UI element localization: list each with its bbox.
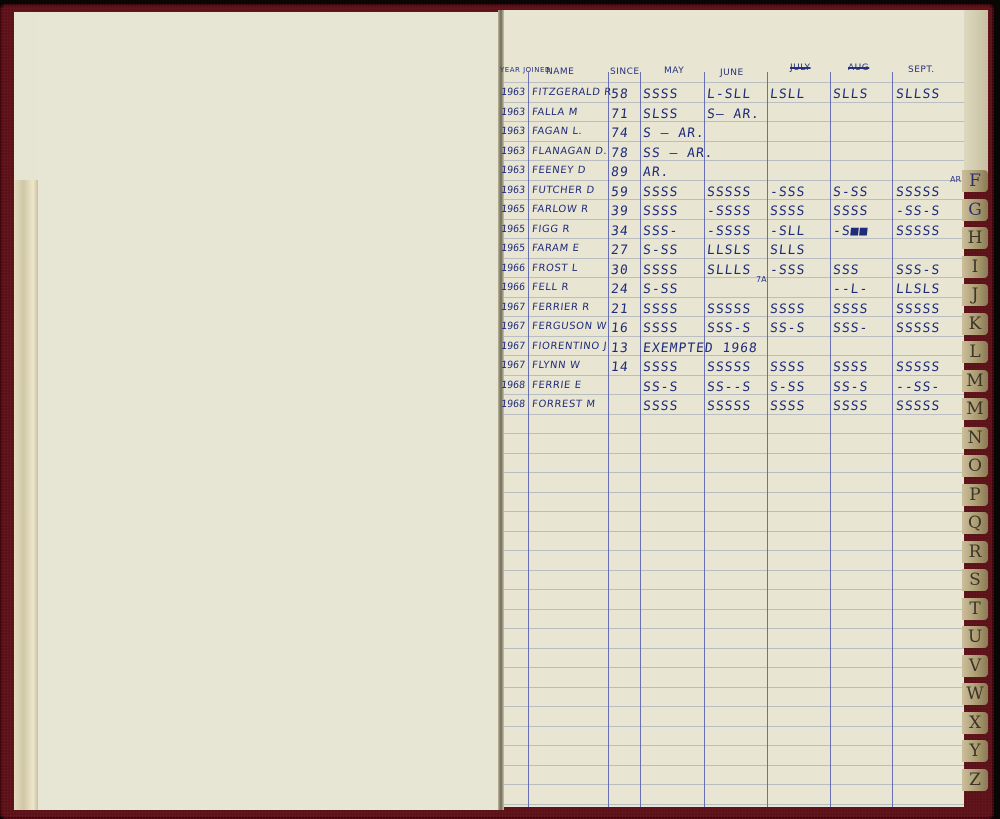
cell-name: FROST L bbox=[531, 263, 578, 274]
cell-june: LLSLS bbox=[706, 243, 752, 258]
index-tab-m[interactable]: M bbox=[962, 370, 988, 392]
ruled-line bbox=[504, 258, 964, 259]
cell-sept: SSSSS bbox=[895, 185, 941, 200]
column-divider bbox=[640, 72, 641, 807]
ruled-line bbox=[504, 784, 964, 785]
cell-year: 1963 bbox=[500, 87, 525, 98]
cell-july: -SLL bbox=[769, 224, 806, 239]
cell-since: 21 bbox=[610, 302, 629, 317]
cell-name: FARAM E bbox=[531, 243, 580, 254]
ruled-line bbox=[504, 550, 964, 551]
cell-since: 78 bbox=[610, 146, 629, 161]
cell-july: SSSS bbox=[769, 204, 806, 219]
cell-sept: SSSSS bbox=[895, 321, 941, 336]
ruled-line bbox=[504, 609, 964, 610]
cell-june: SSSSS bbox=[706, 302, 752, 317]
cell-sept: SSSSS bbox=[895, 399, 941, 414]
cell-june: -SSSS bbox=[706, 224, 752, 239]
cell-may: AR. bbox=[642, 165, 670, 180]
index-tab-u[interactable]: U bbox=[962, 626, 988, 648]
cell-year: 1963 bbox=[500, 126, 525, 137]
index-tab-t[interactable]: T bbox=[962, 598, 988, 620]
ruled-line bbox=[504, 706, 964, 707]
cell-since: 58 bbox=[610, 87, 629, 102]
ruled-line bbox=[504, 160, 964, 161]
cell-since: 39 bbox=[610, 204, 629, 219]
ruled-line bbox=[504, 804, 964, 805]
cell-since: 59 bbox=[610, 185, 629, 200]
cell-sept: SSSSS bbox=[895, 224, 941, 239]
ruled-line bbox=[504, 531, 964, 532]
cell-since: 14 bbox=[610, 360, 629, 375]
index-tab-p[interactable]: P bbox=[962, 484, 988, 506]
cell-july: -SSS bbox=[769, 263, 806, 278]
cell-name: FITZGERALD R bbox=[531, 87, 612, 98]
cell-may: SSSS bbox=[642, 185, 679, 200]
cell-name: FLANAGAN D. bbox=[531, 146, 607, 157]
header-may: MAY bbox=[664, 66, 684, 76]
index-tab-z[interactable]: Z bbox=[962, 769, 988, 791]
ruled-line bbox=[504, 375, 964, 376]
cell-june: SSSSS bbox=[706, 399, 752, 414]
cell-name: FIGG R bbox=[531, 224, 570, 235]
cell-name: FORREST M bbox=[531, 399, 596, 410]
header-july-struck: JULY bbox=[790, 63, 811, 73]
cell-since: 74 bbox=[610, 126, 629, 141]
cell-sept: --SS- bbox=[895, 380, 941, 395]
index-tab-y[interactable]: Y bbox=[962, 740, 988, 762]
cell-june: SLLLS bbox=[706, 263, 752, 278]
cell-aug: --L- bbox=[832, 282, 869, 297]
index-tab-g[interactable]: G bbox=[962, 199, 988, 221]
cell-year: 1963 bbox=[500, 185, 525, 196]
cell-aug: SSSS bbox=[832, 204, 869, 219]
cell-may: SS-S bbox=[642, 380, 679, 395]
cell-july: -SSS bbox=[769, 185, 806, 200]
cell-name: FAGAN L. bbox=[531, 126, 582, 137]
cell-july: SSSS bbox=[769, 360, 806, 375]
cell-aug: S-SS bbox=[832, 185, 869, 200]
cell-sept: SSS-S bbox=[895, 263, 941, 278]
cell-name: FEENEY D bbox=[531, 165, 586, 176]
cell-may: SSSS bbox=[642, 302, 679, 317]
ruled-line bbox=[504, 82, 964, 83]
cell-since: 16 bbox=[610, 321, 629, 336]
cell-june: SS--S bbox=[706, 380, 752, 395]
cell-june: S— AR. bbox=[706, 107, 761, 122]
column-divider bbox=[892, 72, 893, 807]
ruled-line bbox=[504, 180, 964, 181]
cell-june: L-SLL bbox=[706, 87, 752, 102]
cell-since: 13 bbox=[610, 341, 629, 356]
index-tab-k[interactable]: K bbox=[962, 313, 988, 335]
index-tab-q[interactable]: Q bbox=[962, 512, 988, 534]
header-june: JUNE bbox=[720, 68, 744, 78]
cell-sept: -SS-S bbox=[895, 204, 941, 219]
cell-since: 34 bbox=[610, 224, 629, 239]
cell-sept: SSSSS bbox=[895, 302, 941, 317]
cell-july: SSSS bbox=[769, 302, 806, 317]
ruled-line bbox=[504, 648, 964, 649]
cell-since: 24 bbox=[610, 282, 629, 297]
right-page-edge bbox=[964, 10, 988, 175]
cell-year: 1967 bbox=[500, 360, 525, 371]
cell-may: SSSS bbox=[642, 263, 679, 278]
index-tab-x[interactable]: X bbox=[962, 712, 988, 734]
left-page-ruled-area bbox=[38, 12, 500, 810]
cell-may: S — AR. bbox=[642, 126, 705, 141]
left-page-edges bbox=[14, 180, 38, 810]
index-tab-f[interactable]: F bbox=[962, 170, 988, 192]
cell-may: SLSS bbox=[642, 107, 679, 122]
cell-aug: SSS- bbox=[832, 321, 869, 336]
index-tab-h[interactable]: H bbox=[962, 227, 988, 249]
index-tab-j[interactable]: J bbox=[962, 284, 988, 306]
cell-year: 1968 bbox=[500, 380, 525, 391]
cell-year: 1967 bbox=[500, 321, 525, 332]
cell-may: SSSS bbox=[642, 399, 679, 414]
index-tab-o[interactable]: O bbox=[962, 455, 988, 477]
ruled-line bbox=[504, 628, 964, 629]
cell-year: 1967 bbox=[500, 341, 525, 352]
ruled-line bbox=[504, 745, 964, 746]
cell-june: SSSSS bbox=[706, 185, 752, 200]
index-tab-r[interactable]: R bbox=[962, 541, 988, 563]
ruled-line bbox=[504, 433, 964, 434]
index-tab-w[interactable]: W bbox=[962, 683, 988, 705]
cell-name: FERRIE E bbox=[531, 380, 582, 391]
ruled-line bbox=[504, 453, 964, 454]
cell-aug: -S■■ bbox=[832, 224, 869, 239]
cell-june: SSS-S bbox=[706, 321, 752, 336]
cell-june: SSSSS bbox=[706, 360, 752, 375]
ruled-line bbox=[504, 219, 964, 220]
cell-may: SSSS bbox=[642, 204, 679, 219]
cell-name: FUTCHER D bbox=[531, 185, 595, 196]
cell-july: SSSS bbox=[769, 399, 806, 414]
cell-year: 1965 bbox=[500, 243, 525, 254]
ruled-line bbox=[504, 141, 964, 142]
cell-year: 1963 bbox=[500, 165, 525, 176]
cell-aug: SSSS bbox=[832, 399, 869, 414]
header-year-joined: YEAR JOINED bbox=[500, 66, 526, 74]
cell-july: SS-S bbox=[769, 321, 806, 336]
cell-aug: SSSS bbox=[832, 302, 869, 317]
annotation-note: AR bbox=[950, 175, 961, 184]
ruled-line bbox=[504, 492, 964, 493]
column-divider bbox=[767, 72, 768, 807]
ruled-line bbox=[504, 667, 964, 668]
ruled-line bbox=[504, 765, 964, 766]
header-name: NAME bbox=[546, 67, 574, 77]
ruled-line bbox=[504, 726, 964, 727]
column-divider bbox=[704, 72, 705, 807]
column-divider bbox=[830, 72, 831, 807]
cell-may: SSSS bbox=[642, 360, 679, 375]
cell-may: SS — AR. bbox=[642, 146, 714, 161]
cell-sept: SSSSS bbox=[895, 360, 941, 375]
cell-name: FARLOW R bbox=[531, 204, 589, 215]
cell-since: 89 bbox=[610, 165, 629, 180]
cell-aug: SS-S bbox=[832, 380, 869, 395]
cell-name: FIORENTINO J bbox=[531, 341, 607, 352]
header-aug-struck: AUG bbox=[848, 63, 869, 73]
cell-aug: SLLS bbox=[832, 87, 869, 102]
cell-year: 1963 bbox=[500, 107, 525, 118]
index-tab-v[interactable]: V bbox=[962, 655, 988, 677]
cell-july: LSLL bbox=[769, 87, 806, 102]
ruled-line bbox=[504, 336, 964, 337]
cell-aug: SSSS bbox=[832, 360, 869, 375]
cell-since: 71 bbox=[610, 107, 629, 122]
cell-since: 30 bbox=[610, 263, 629, 278]
ruled-line bbox=[504, 687, 964, 688]
cell-may: SSS- bbox=[642, 224, 679, 239]
index-tab-s[interactable]: S bbox=[962, 569, 988, 591]
cell-year: 1966 bbox=[500, 263, 525, 274]
cell-name: FERGUSON W bbox=[531, 321, 607, 332]
cell-june: -SSSS bbox=[706, 204, 752, 219]
index-tab-l[interactable]: L bbox=[962, 341, 988, 363]
cell-sept: LLSLS bbox=[895, 282, 941, 297]
ruled-line bbox=[504, 472, 964, 473]
column-divider bbox=[528, 72, 529, 807]
ruled-line bbox=[504, 414, 964, 415]
header-sept: SEPT. bbox=[908, 65, 935, 75]
cell-aug: SSS bbox=[832, 263, 860, 278]
cell-may: S-SS bbox=[642, 282, 679, 297]
cell-year: 1965 bbox=[500, 224, 525, 235]
ruled-line bbox=[504, 511, 964, 512]
cell-year: 1966 bbox=[500, 282, 525, 293]
cell-year: 1963 bbox=[500, 146, 525, 157]
cell-name: FERRIER R bbox=[531, 302, 590, 313]
index-tab-m[interactable]: M bbox=[962, 398, 988, 420]
cell-name: FLYNN W bbox=[531, 360, 580, 371]
cell-year: 1965 bbox=[500, 204, 525, 215]
cell-sept: SLLSS bbox=[895, 87, 941, 102]
cell-name: FELL R bbox=[531, 282, 569, 293]
cell-may: SSSS bbox=[642, 87, 679, 102]
ruled-line bbox=[504, 297, 964, 298]
cell-year: 1968 bbox=[500, 399, 525, 410]
cell-may: SSSS bbox=[642, 321, 679, 336]
ruled-line bbox=[504, 102, 964, 103]
index-tab-i[interactable]: I bbox=[962, 256, 988, 278]
right-page-register: YEAR JOINED NAME SINCE MAY JUNE JULY AUG… bbox=[504, 10, 964, 807]
cell-july: SLLS bbox=[769, 243, 806, 258]
cell-since: 27 bbox=[610, 243, 629, 258]
annotation-note: 7A bbox=[756, 275, 767, 284]
index-tab-n[interactable]: N bbox=[962, 427, 988, 449]
column-divider bbox=[608, 72, 609, 807]
ruled-line bbox=[504, 570, 964, 571]
cell-year: 1967 bbox=[500, 302, 525, 313]
ruled-line bbox=[504, 589, 964, 590]
cell-name: FALLA M bbox=[531, 107, 578, 118]
cell-may: EXEMPTED 1968 bbox=[642, 341, 758, 356]
cell-may: S-SS bbox=[642, 243, 679, 258]
header-since: SINCE bbox=[610, 67, 640, 77]
alphabet-index-tabs: FGHIJKLMMNOPQRSTUVWXYZ bbox=[962, 170, 990, 810]
cell-july: S-SS bbox=[769, 380, 806, 395]
